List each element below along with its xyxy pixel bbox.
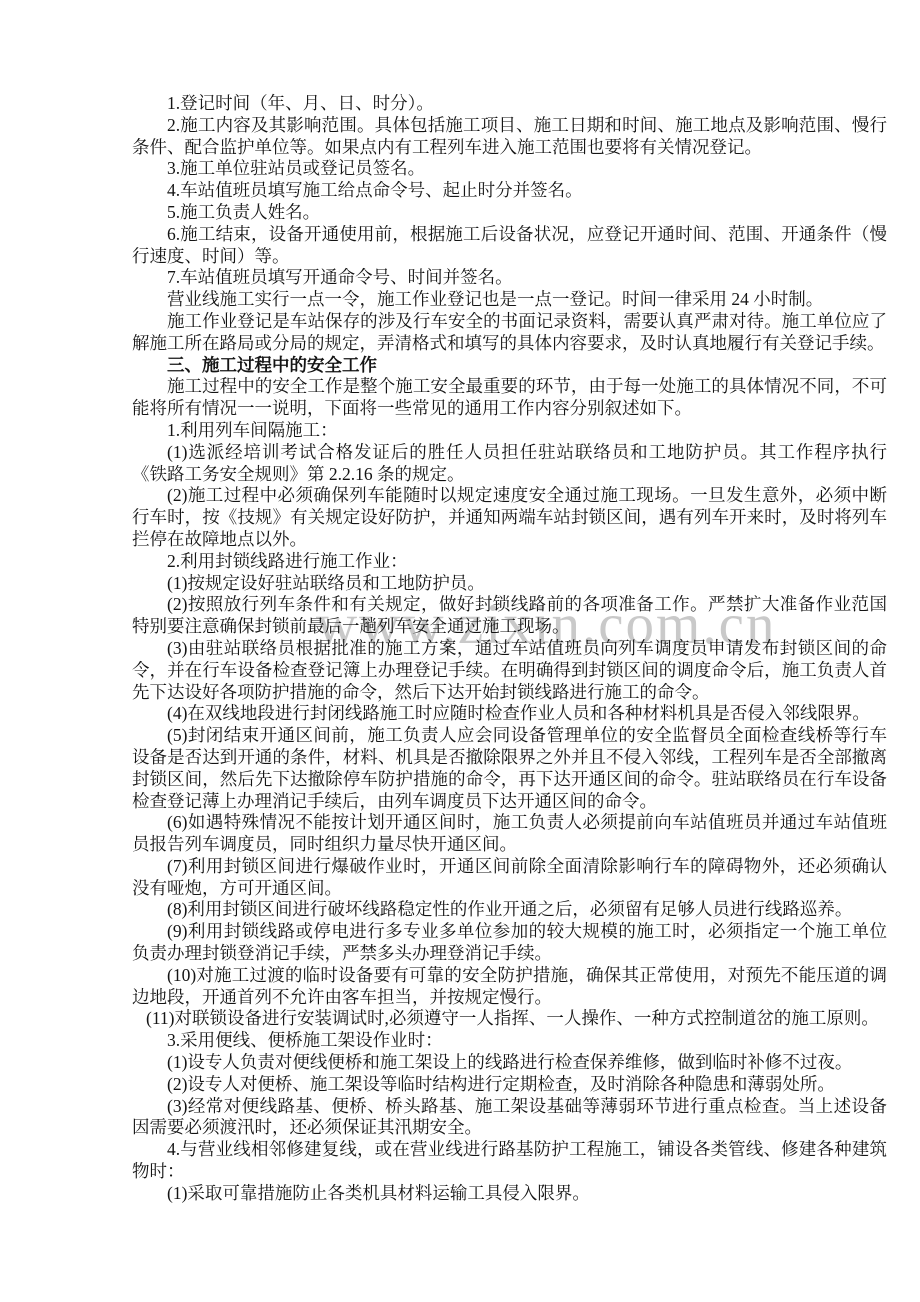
paragraph: 1.登记时间（年、月、日、时分）。	[132, 93, 887, 115]
paragraph: 4.与营业线相邻修建复线，或在营业线进行路基防护工程施工，铺设各类管线、修建各种…	[132, 1139, 887, 1183]
document-page: www.zixin.com.cn 1.登记时间（年、月、日、时分）。2.施工内容…	[0, 0, 920, 1302]
paragraph: 6.施工结束，设备开通使用前，根据施工后设备状况，应登记开通时间、范围、开通条件…	[132, 224, 887, 268]
paragraph: (5)封闭结束开通区间前，施工负责人应会同设备管理单位的安全监督员全面检查线桥等…	[132, 725, 887, 812]
paragraph: (3)由驻站联络员根据批准的施工方案，通过车站值班员向列车调度员申请发布封锁区间…	[132, 638, 887, 703]
paragraph: 施工过程中的安全工作是整个施工安全最重要的环节，由于每一处施工的具体情况不同，不…	[132, 376, 887, 420]
paragraph: (1)设专人负责对便线便桥和施工架设上的线路进行检查保养维修，做到临时补修不过夜…	[132, 1052, 887, 1074]
paragraph: 营业线施工实行一点一令，施工作业登记也是一点一登记。时间一律采用 24 小时制。	[132, 289, 887, 311]
paragraph: (1)选派经培训考试合格发证后的胜任人员担任驻站联络员和工地防护员。其工作程序执…	[132, 442, 887, 486]
paragraph: 4.车站值班员填写施工给点命令号、起止时分并签名。	[132, 180, 887, 202]
paragraph: (3)经常对便线路基、便桥、桥头路基、施工架设基础等薄弱环节进行重点检查。当上述…	[132, 1096, 887, 1140]
paragraph: 7.车站值班员填写开通命令号、时间并签名。	[132, 267, 887, 289]
section-heading: 三、施工过程中的安全工作	[132, 355, 887, 377]
paragraph: 2.利用封锁线路进行施工作业：	[132, 551, 887, 573]
paragraph: 5.施工负责人姓名。	[132, 202, 887, 224]
paragraph: (8)利用封锁区间进行破坏线路稳定性的作业开通之后，必须留有足够人员进行线路巡养…	[132, 899, 887, 921]
paragraph: (10)对施工过渡的临时设备要有可靠的安全防护措施，确保其正常使用，对预先不能压…	[132, 965, 887, 1009]
paragraph: 1.利用列车间隔施工：	[132, 420, 887, 442]
paragraph: (6)如遇特殊情况不能按计划开通区间时，施工负责人必须提前向车站值班员并通过车站…	[132, 812, 887, 856]
paragraph: (1)采取可靠措施防止各类机具材料运输工具侵入限界。	[132, 1183, 887, 1205]
paragraph: 施工作业登记是车站保存的涉及行车安全的书面记录资料，需要认真严肃对待。施工单位应…	[132, 311, 887, 355]
paragraph: (2)设专人对便桥、施工架设等临时结构进行定期检查，及时消除各种隐患和薄弱处所。	[132, 1074, 887, 1096]
paragraph: (7)利用封锁区间进行爆破作业时，开通区间前除全面清除影响行车的障碍物外，还必须…	[132, 856, 887, 900]
paragraph: 3.采用便线、便桥施工架设作业时：	[132, 1030, 887, 1052]
paragraph: (4)在双线地段进行封闭线路施工时应随时检查作业人员和各种材料机具是否侵入邻线限…	[132, 703, 887, 725]
paragraph: (2)施工过程中必须确保列车能随时以规定速度安全通过施工现场。一旦发生意外，必须…	[132, 485, 887, 550]
paragraph: 3.施工单位驻站员或登记员签名。	[132, 158, 887, 180]
paragraph: (11)对联锁设备进行安装调试时,必须遵守一人指挥、一人操作、一种方式控制道岔的…	[132, 1008, 887, 1030]
paragraph: (1)按规定设好驻站联络员和工地防护员。	[132, 573, 887, 595]
paragraph: (9)利用封锁线路或停电进行多专业多单位参加的较大规模的施工时，必须指定一个施工…	[132, 921, 887, 965]
document-body: 1.登记时间（年、月、日、时分）。2.施工内容及其影响范围。具体包括施工项目、施…	[0, 0, 920, 1205]
paragraph: (2)按照放行列车条件和有关规定，做好封锁线路前的各项准备工作。严禁扩大准备作业…	[132, 594, 887, 638]
paragraph: 2.施工内容及其影响范围。具体包括施工项目、施工日期和时间、施工地点及影响范围、…	[132, 115, 887, 159]
